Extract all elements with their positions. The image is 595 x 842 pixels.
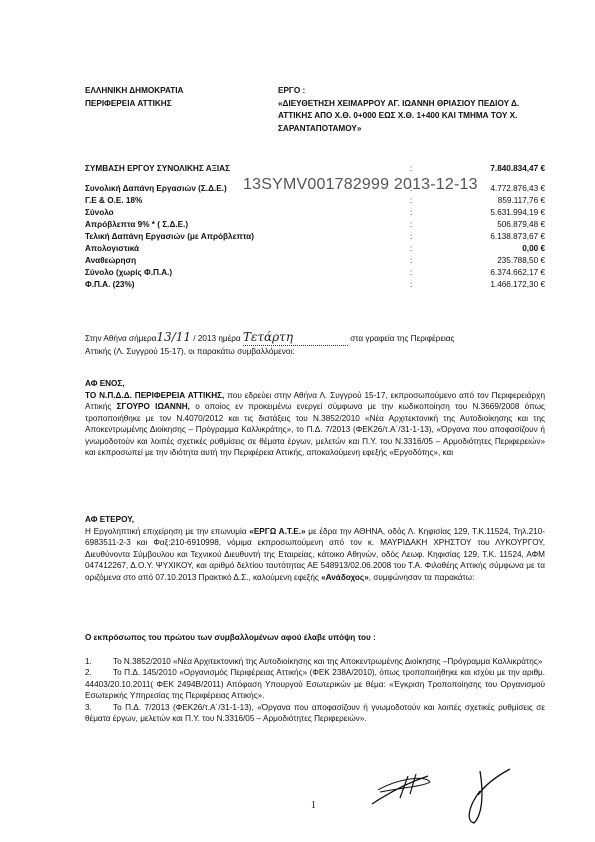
party-two-text-3: , συμφώνησαν τα παρακάτω: <box>369 573 475 582</box>
party-one-representative: ΣΓΟΥΡΟ ΙΩΑΝΝΗ, <box>117 402 190 411</box>
financial-colon: : <box>410 195 412 207</box>
financial-row: Απολογιστικά : 0,00 € <box>85 243 545 255</box>
financial-label: Σύνολο <box>85 207 114 219</box>
financial-value: 0,00 € <box>522 243 545 255</box>
financial-row: Σύνολο (χωρίς Φ.Π.Α.) : 6.374.662,17 € <box>85 267 545 279</box>
financial-colon: : <box>410 207 412 219</box>
project-title-line: «ΔΙΕΥΘΕΤΗΣΗ ΧΕΙΜΑΡΡΟΥ ΑΓ. ΙΩΑΝΝΗ ΘΡΙΑΣΙΟ… <box>278 98 568 111</box>
item-text: Το Π.Δ. 7/2013 (ΦΕΚ26/τ.Α΄/31-1-13), «Όρ… <box>85 703 545 724</box>
party-two-section: ΑΦ ΕΤΕΡΟΥ, Η Εργοληπτική επιχείρηση με τ… <box>85 514 545 583</box>
financial-row: Τελική Δαπάνη Εργασιών (με Απρόβλεπτα) :… <box>85 231 545 243</box>
financial-value: 859.117,76 € <box>498 195 545 207</box>
document-page: ΕΛΛΗΝΙΚΗ ΔΗΜΟΚΡΑΤΙΑ ΠΕΡΙΦΕΡΕΙΑ ΑΤΤΙΚΗΣ Ε… <box>0 0 595 842</box>
party-two-contractor-term: «Ανάδοχος» <box>321 573 369 582</box>
date-year: / 2013 ημέρα <box>193 334 240 343</box>
financial-row: Γ.Ε & Ο.Ε. 18% : 859.117,76 € <box>85 195 545 207</box>
party-one-text: ΤΟ Ν.Π.Δ.Δ. ΠΕΡΙΦΕΡΕΙΑ ΑΤΤΙΚΗΣ, που εδρε… <box>85 390 545 459</box>
financial-colon: : <box>410 267 412 279</box>
financial-row: Αναθεώρηση : 235.788,50 € <box>85 255 545 267</box>
party-two-text-1: Η Εργοληπτική επιχείρηση με την επωνυμία <box>85 527 249 536</box>
item-number: 3. <box>85 702 113 714</box>
handwritten-day: Τετάρτη <box>243 330 293 344</box>
financial-label: Απολογιστικά <box>85 243 139 255</box>
item-number: 2. <box>85 667 113 679</box>
consideration-item: 2.Το Π.Δ. 145/2010 «Οργανισμός Περιφέρει… <box>85 667 545 702</box>
date-paragraph: Στην Αθήνα σήμερα13/11 / 2013 ημέρα Τετά… <box>85 332 545 357</box>
party-one-section: ΑΦ ΕΝΟΣ, ΤΟ Ν.Π.Δ.Δ. ΠΕΡΙΦΕΡΕΙΑ ΑΤΤΙΚΗΣ,… <box>85 378 545 459</box>
financial-colon: : <box>410 219 412 231</box>
party-one-entity: ΤΟ Ν.Π.Δ.Δ. ΠΕΡΙΦΕΡΕΙΑ ΑΤΤΙΚΗΣ, <box>85 391 224 400</box>
financial-label: Αναθεώρηση <box>85 255 136 267</box>
issuer-line: ΕΛΛΗΝΙΚΗ ΔΗΜΟΚΡΑΤΙΑ <box>85 85 183 98</box>
party-two-company: «ΕΡΓΩ Α.Τ.Ε.» <box>249 527 305 536</box>
item-text: Το Ν.3852/2010 «Νέα Αρχιτεκτονική της Αυ… <box>113 657 542 666</box>
financial-row: Φ.Π.Α. (23%) : 1.466.172,30 € <box>85 279 545 291</box>
party-one-heading: ΑΦ ΕΝΟΣ, <box>85 378 545 390</box>
financial-label: Απρόβλεπτα 9% * ( Σ.Δ.Ε.) <box>85 219 188 231</box>
date-line-2: Αττικής (Λ. Συγγρού 15-17), οι παρακάτω … <box>85 347 295 356</box>
financial-label: Συνολική Δαπάνη Εργασιών (Σ.Δ.Ε.) <box>85 183 227 195</box>
financial-colon: : <box>410 243 412 255</box>
project-block: ΕΡΓΟ : «ΔΙΕΥΘΕΤΗΣΗ ΧΕΙΜΑΡΡΟΥ ΑΓ. ΙΩΑΝΝΗ … <box>278 85 568 135</box>
considerations-section: Ο εκπρόσωπος του πρώτου των συμβαλλομένω… <box>85 632 545 725</box>
financial-label: Σύνολο (χωρίς Φ.Π.Α.) <box>85 267 172 279</box>
financial-label: ΣΥΜΒΑΣΗ ΕΡΓΟΥ ΣΥΝΟΛΙΚΗΣ ΑΞΙΑΣ <box>85 163 230 175</box>
handwritten-day-field: Τετάρτη <box>243 332 348 346</box>
financial-value: 6.374.662,17 € <box>490 267 545 279</box>
date-prefix: Στην Αθήνα σήμερα <box>85 334 156 343</box>
party-two-text: Η Εργοληπτική επιχείρηση με την επωνυμία… <box>85 526 545 584</box>
signature-1-icon <box>370 772 450 812</box>
project-label: ΕΡΓΟ : <box>278 85 568 98</box>
project-title-line: ΑΤΤΙΚΗΣ ΑΠΟ Χ.Θ. 0+000 ΕΩΣ Χ.Θ. 1+400 ΚΑ… <box>278 110 568 123</box>
financial-row: Σύνολο : 5.631.994,19 € <box>85 207 545 219</box>
financial-value: 7.840.834,47 € <box>490 163 545 175</box>
financial-row: Απρόβλεπτα 9% * ( Σ.Δ.Ε.) : 506.879,48 € <box>85 219 545 231</box>
financial-label: Τελική Δαπάνη Εργασιών (με Απρόβλεπτα) <box>85 231 254 243</box>
financial-value: 235.788,50 € <box>497 255 545 267</box>
financial-colon: : <box>410 231 412 243</box>
financial-label: Φ.Π.Α. (23%) <box>85 279 135 291</box>
considerations-heading: Ο εκπρόσωπος του πρώτου των συμβαλλομένω… <box>85 632 545 644</box>
financial-colon: : <box>410 255 412 267</box>
page-number: 1 <box>311 800 316 811</box>
financial-value: 5.631.994,19 € <box>490 207 545 219</box>
registry-stamp: 13SYMV001782999 2013-12-13 <box>243 176 478 194</box>
item-text: Το Π.Δ. 145/2010 «Οργανισμός Περιφέρειας… <box>85 668 545 700</box>
project-title-line: ΣΑΡΑΝΤΑΠΟΤΑΜΟΥ» <box>278 123 568 136</box>
financial-value: 506.879,48 € <box>497 219 545 231</box>
date-suffix: στα γραφεία της Περιφέρειας <box>350 334 454 343</box>
financial-value: 4.772.876,43 € <box>490 183 545 195</box>
financial-colon: : <box>410 163 412 175</box>
financial-row: ΣΥΜΒΑΣΗ ΕΡΓΟΥ ΣΥΝΟΛΙΚΗΣ ΑΞΙΑΣ : 7.840.83… <box>85 163 545 175</box>
financial-label: Γ.Ε & Ο.Ε. 18% <box>85 195 142 207</box>
handwritten-date: 13/11 <box>156 330 191 344</box>
signature-2-icon <box>450 765 520 830</box>
issuer-line: ΠΕΡΙΦΕΡΕΙΑ ΑΤΤΙΚΗΣ <box>85 98 183 111</box>
consideration-item: 1.Το Ν.3852/2010 «Νέα Αρχιτεκτονική της … <box>85 656 545 668</box>
financial-value: 1.466.172,30 € <box>490 279 545 291</box>
consideration-item: 3.Το Π.Δ. 7/2013 (ΦΕΚ26/τ.Α΄/31-1-13), «… <box>85 702 545 725</box>
item-number: 1. <box>85 656 113 668</box>
financial-value: 6.138.873,67 € <box>490 231 545 243</box>
party-two-heading: ΑΦ ΕΤΕΡΟΥ, <box>85 514 545 526</box>
financial-colon: : <box>410 279 412 291</box>
issuer-block: ΕΛΛΗΝΙΚΗ ΔΗΜΟΚΡΑΤΙΑ ΠΕΡΙΦΕΡΕΙΑ ΑΤΤΙΚΗΣ <box>85 85 183 110</box>
